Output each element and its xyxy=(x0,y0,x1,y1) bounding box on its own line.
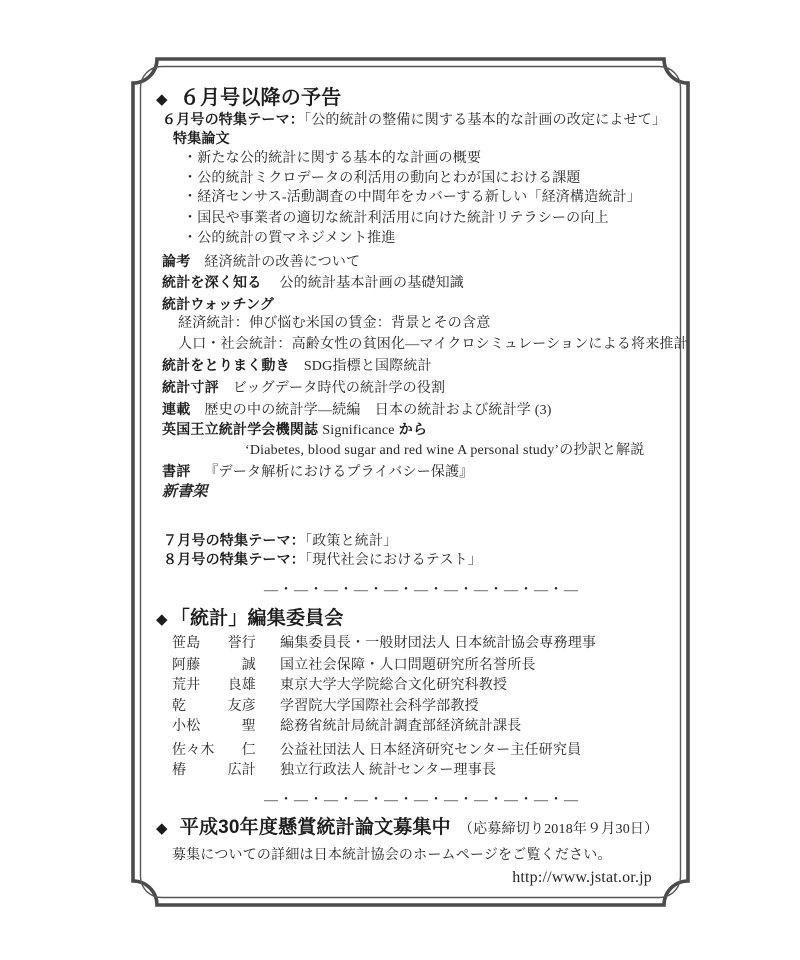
sunpyo-text: ビッグデータ時代の統計学の役割 xyxy=(233,381,445,396)
feature-paper-item: ・新たな公的統計に関する基本的な計画の概要 xyxy=(183,150,481,168)
ronko-text: 経済統計の改善について xyxy=(204,255,360,270)
member-surname: 乾 xyxy=(172,698,186,716)
ronko-line: 論考経済統計の改善について xyxy=(162,252,360,272)
fukaku-label: 統計を深く知る xyxy=(162,274,261,290)
rensai-line: 連載歴史の中の統計学―続編 日本の統計および統計学 (3) xyxy=(162,400,552,420)
committee-heading-line: ◆「統計」編集委員会 xyxy=(156,607,344,632)
member-role: 公益社団法人 日本経済研究センター主任研究員 xyxy=(280,743,581,758)
rensai-label: 連載 xyxy=(162,401,190,417)
contest-heading-line: ◆平成30年度懸賞統計論文募集中（応募締切り2018年９月30日） xyxy=(156,816,658,841)
significance-line: 英国王立統計学会機関誌 Significance から xyxy=(162,420,427,440)
bullet-icon: ・ xyxy=(183,171,197,186)
member-surname: 佐々木 xyxy=(172,742,215,760)
member-given-name: 誠 xyxy=(242,657,256,675)
feature-paper-text: 公的統計の質マネジメント推進 xyxy=(197,231,395,246)
july-theme-title: 「政策と統計」 xyxy=(305,534,397,549)
member-role: 学習院大学国際社会科学部教授 xyxy=(280,699,479,714)
committee-member-row: 阿藤誠国立社会保障・人口問題研究所名誉所長 xyxy=(172,657,536,675)
member-surname: 椿 xyxy=(172,762,186,780)
august-theme-label: ８月号の特集テーマ： xyxy=(163,551,305,567)
feature-paper-item: ・公的統計ミクロデータの利活用の動向とわが国における課題 xyxy=(183,170,581,188)
torimaku-line: 統計をとりまく動きSDG指標と国際統計 xyxy=(162,356,432,376)
member-surname: 阿藤 xyxy=(172,657,200,675)
significance-article-line: ‘Diabetes, blood sugar and red wine A pe… xyxy=(245,442,644,460)
ronko-label: 論考 xyxy=(162,253,190,269)
fukaku-line: 統計を深く知る公的統計基本計画の基礎知識 xyxy=(162,273,464,293)
diamond-icon: ◆ xyxy=(156,611,168,628)
committee-member-row: 荒井良雄東京大学大学院総合文化研究科教授 xyxy=(172,677,507,695)
bullet-icon: ・ xyxy=(183,151,197,166)
diamond-icon: ◆ xyxy=(156,820,168,837)
member-name: 荒井良雄 xyxy=(172,677,256,695)
torimaku-label: 統計をとりまく動き xyxy=(162,357,290,373)
scanned-journal-announcement-page: ◆６月号以降の予告 ６月号の特集テーマ：「公的統計の整備に関する基本的な計画の改… xyxy=(0,0,800,960)
sunpyo-line: 統計寸評ビッグデータ時代の統計学の役割 xyxy=(162,378,445,398)
feature-paper-text: 公的統計ミクロデータの利活用の動向とわが国における課題 xyxy=(197,171,580,186)
june-theme-label: ６月号の特集テーマ： xyxy=(162,111,304,127)
feature-paper-text: 国民や事業者の適切な統計利活用に向けた統計リテラシーの向上 xyxy=(197,211,609,226)
rensai-text: 歴史の中の統計学―続編 日本の統計および統計学 (3) xyxy=(204,403,551,418)
contest-deadline: （応募締切り2018年９月30日） xyxy=(459,822,658,837)
watching-econ-line: 経済統計：伸び悩む米国の賃金：背景とその含意 xyxy=(178,315,490,333)
august-theme-line: ８月号の特集テーマ：「現代社会におけるテスト」 xyxy=(163,550,482,570)
feature-paper-text: 経済センサス‐活動調査の中間年をカバーする新しい「経済構造統計」 xyxy=(197,190,641,205)
committee-member-row: 笹島誉行編集委員長・一般財団法人 日本統計協会専務理事 xyxy=(172,635,596,653)
committee-member-row: 椿広計独立行政法人 統計センター理事長 xyxy=(172,762,496,780)
member-given-name: 良雄 xyxy=(228,677,256,695)
member-given-name: 友彦 xyxy=(228,698,256,716)
significance-journal-name: Significance xyxy=(322,423,394,438)
member-role: 編集委員長・一般財団法人 日本統計協会専務理事 xyxy=(280,636,596,651)
member-name: 笹島誉行 xyxy=(172,635,256,653)
contest-note: 募集についての詳細は日本統計協会のホームページをご覧ください。 xyxy=(172,847,612,865)
section-divider: ―・―・―・―・―・―・―・―・―・―・― xyxy=(264,792,556,810)
august-theme-title: 「現代社会におけるテスト」 xyxy=(305,553,482,568)
member-role: 東京大学大学院総合文化研究科教授 xyxy=(280,678,507,693)
member-surname: 荒井 xyxy=(172,677,200,695)
significance-label-pre: 英国王立統計学会機関誌 xyxy=(162,421,322,437)
bullet-icon: ・ xyxy=(183,231,197,246)
section-divider: ―・―・―・―・―・―・―・―・―・―・― xyxy=(264,582,556,600)
shohyo-label: 書評 xyxy=(162,463,190,479)
june-theme-line: ６月号の特集テーマ：「公的統計の整備に関する基本的な計画の改定によせて」 xyxy=(162,110,666,130)
fukaku-text: 公的統計基本計画の基礎知識 xyxy=(279,276,464,291)
member-name: 乾友彦 xyxy=(172,698,256,716)
june-theme-title: 「公的統計の整備に関する基本的な計画の改定によせて」 xyxy=(304,113,666,128)
member-given-name: 聖 xyxy=(242,718,256,736)
member-given-name: 仁 xyxy=(242,742,256,760)
member-given-name: 誉行 xyxy=(228,635,256,653)
member-role: 独立行政法人 統計センター理事長 xyxy=(280,763,496,778)
member-role: 国立社会保障・人口問題研究所名誉所長 xyxy=(280,658,536,673)
feature-papers-label: 特集論文 xyxy=(173,129,230,147)
diamond-icon: ◆ xyxy=(156,91,168,108)
member-name: 椿広計 xyxy=(172,762,256,780)
member-name: 小松聖 xyxy=(172,718,256,736)
member-name: 阿藤誠 xyxy=(172,657,256,675)
website-url: http://www.jstat.or.jp xyxy=(512,868,652,889)
feature-paper-item: ・公的統計の質マネジメント推進 xyxy=(183,230,396,248)
member-role: 総務省統計局統計調査部経済統計課長 xyxy=(280,719,521,734)
committee-member-row: 佐々木仁公益社団法人 日本経済研究センター主任研究員 xyxy=(172,742,581,760)
shinshoka-column-logo: 新書架 xyxy=(162,483,208,503)
member-name: 佐々木仁 xyxy=(172,742,256,760)
significance-label-post: から xyxy=(395,421,428,437)
bullet-icon: ・ xyxy=(183,190,197,205)
member-surname: 笹島 xyxy=(172,635,200,653)
member-given-name: 広計 xyxy=(228,762,256,780)
july-theme-line: ７月号の特集テーマ：「政策と統計」 xyxy=(163,531,397,551)
preview-heading: ６月号以降の予告 xyxy=(180,87,342,109)
watching-pop-line: 人口・社会統計：高齢女性の貧困化―マイクロシミュレーションによる将来推計 xyxy=(178,336,688,354)
member-surname: 小松 xyxy=(172,718,200,736)
shohyo-text: 『データ解析におけるプライバシー保護』 xyxy=(204,465,473,480)
feature-paper-text: 新たな公的統計に関する基本的な計画の概要 xyxy=(197,151,481,166)
watching-label: 統計ウォッチング xyxy=(162,295,274,313)
feature-paper-item: ・国民や事業者の適切な統計利活用に向けた統計リテラシーの向上 xyxy=(183,210,609,228)
sunpyo-label: 統計寸評 xyxy=(162,379,219,395)
committee-member-row: 小松聖総務省統計局統計調査部経済統計課長 xyxy=(172,718,521,736)
committee-member-row: 乾友彦学習院大学国際社会科学部教授 xyxy=(172,698,479,716)
shohyo-line: 書評『データ解析におけるプライバシー保護』 xyxy=(162,462,474,482)
bullet-icon: ・ xyxy=(183,211,197,226)
july-theme-label: ７月号の特集テーマ： xyxy=(163,532,305,548)
committee-heading: 「統計」編集委員会 xyxy=(171,608,344,629)
contest-heading: 平成30年度懸賞統計論文募集中 xyxy=(180,817,451,838)
feature-paper-item: ・経済センサス‐活動調査の中間年をカバーする新しい「経済構造統計」 xyxy=(183,189,641,207)
torimaku-text: SDG指標と国際統計 xyxy=(304,359,432,374)
preview-heading-line: ◆６月号以降の予告 xyxy=(156,85,341,111)
